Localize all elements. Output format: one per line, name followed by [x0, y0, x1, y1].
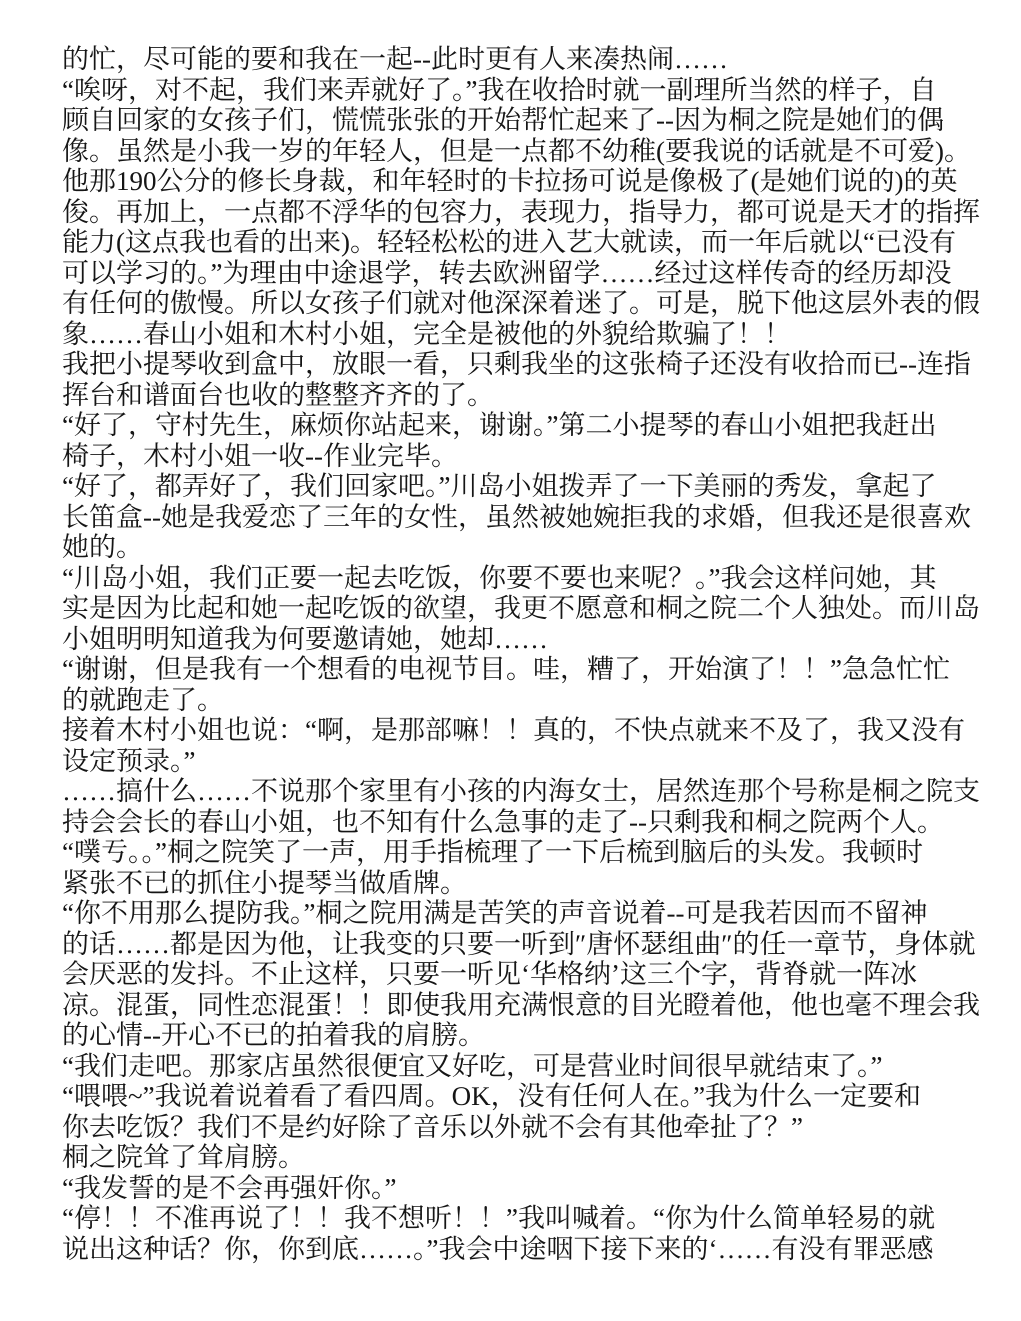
text-line: 她的。	[62, 532, 967, 563]
text-line: “好了，都弄好了，我们回家吧。”川岛小姐拨弄了一下美丽的秀发，拿起了	[62, 471, 967, 502]
text-line: “停！！不准再说了！！我不想听！！”我叫喊着。“你为什么简单轻易的就	[62, 1203, 967, 1234]
text-line: 说出这种话？你，你到底……。”我会中途咽下接下来的‘……有没有罪恶感	[62, 1234, 967, 1265]
text-line: 能力(这点我也看的出来)。轻轻松松的进入艺大就读，而一年后就以“已没有	[62, 227, 967, 258]
text-line: 长笛盒--她是我爱恋了三年的女性，虽然被她婉拒我的求婚，但我还是很喜欢	[62, 502, 967, 533]
text-line: 会厌恶的发抖。不止这样，只要一听见‘华格纳’这三个字，背脊就一阵冰	[62, 959, 967, 990]
text-line: 有任何的傲慢。所以女孩子们就对他深深着迷了。可是，脱下他这层外表的假	[62, 288, 967, 319]
text-line: 俊。再加上，一点都不浮华的包容力，表现力，指导力，都可说是天才的指挥	[62, 197, 967, 228]
text-line: “好了，守村先生，麻烦你站起来，谢谢。”第二小提琴的春山小姐把我赶出	[62, 410, 967, 441]
text-line: “噗亐。。”桐之院笑了一声，用手指梳理了一下后梳到脑后的头发。我顿时	[62, 837, 967, 868]
text-line: “我发誓的是不会再强奸你。”	[62, 1173, 967, 1204]
text-line: 像。虽然是小我一岁的年轻人，但是一点都不幼稚(要我说的话就是不可爱)。	[62, 136, 967, 167]
text-line: 的话……都是因为他，让我变的只要一听到″唐怀瑟组曲″的任一章节，身体就	[62, 929, 967, 960]
text-line: 可以学习的。”为理由中途退学，转去欧洲留学……经过这样传奇的经历却没	[62, 258, 967, 289]
text-line: 桐之院耸了耸肩膀。	[62, 1142, 967, 1173]
text-line: 实是因为比起和她一起吃饭的欲望，我更不愿意和桐之院二个人独处。而川岛	[62, 593, 967, 624]
text-line: 凉。混蛋，同性恋混蛋！！即使我用充满恨意的目光瞪着他，他也毫不理会我	[62, 990, 967, 1021]
text-line: “喂喂~”我说着说着看了看四周。OK，没有任何人在。”我为什么一定要和	[62, 1081, 967, 1112]
text-line: 椅子，木村小姐一收--作业完毕。	[62, 441, 967, 472]
text-line: “你不用那么提防我。”桐之院用满是苦笑的声音说着--可是我若因而不留神	[62, 898, 967, 929]
text-line: 的就跑走了。	[62, 685, 967, 716]
text-line: 的心情--开心不已的拍着我的肩膀。	[62, 1020, 967, 1051]
text-line: “唉呀，对不起，我们来弄就好了。”我在收拾时就一副理所当然的样子，自	[62, 75, 967, 106]
text-line: “我们走吧。那家店虽然很便宜又好吃，可是营业时间很早就结束了。”	[62, 1051, 967, 1082]
text-line: 挥台和谱面台也收的整整齐齐的了。	[62, 380, 967, 411]
text-line: 顾自回家的女孩子们，慌慌张张的开始帮忙起来了--因为桐之院是她们的偶	[62, 105, 967, 136]
text-line: 小姐明明知道我为何要邀请她，她却……	[62, 624, 967, 655]
text-line: 的忙，尽可能的要和我在一起--此时更有人来凑热闹……	[62, 44, 967, 75]
text-line: 他那190公分的修长身裁，和年轻时的卡拉扬可说是像极了(是她们说的)的英	[62, 166, 967, 197]
text-line: 紧张不已的抓住小提琴当做盾牌。	[62, 868, 967, 899]
text-line: 象……春山小姐和木村小姐，完全是被他的外貌给欺骗了！！	[62, 319, 967, 350]
text-line: 我把小提琴收到盒中，放眼一看，只剩我坐的这张椅子还没有收拾而已--连指	[62, 349, 967, 380]
text-line: “川岛小姐，我们正要一起去吃饭，你要不要也来呢？。”我会这样问她，其	[62, 563, 967, 594]
text-line: ……搞什么……不说那个家里有小孩的内海女士，居然连那个号称是桐之院支	[62, 776, 967, 807]
text-line: 接着木村小姐也说：“啊，是那部嘛！！真的，不快点就来不及了，我又没有	[62, 715, 967, 746]
body-text: 的忙，尽可能的要和我在一起--此时更有人来凑热闹……“唉呀，对不起，我们来弄就好…	[62, 44, 967, 1264]
text-line: 你去吃饭？我们不是约好除了音乐以外就不会有其他牵扯了？”	[62, 1112, 967, 1143]
document-page: 的忙，尽可能的要和我在一起--此时更有人来凑热闹……“唉呀，对不起，我们来弄就好…	[0, 0, 1021, 1321]
text-line: 设定预录。”	[62, 746, 967, 777]
text-line: “谢谢，但是我有一个想看的电视节目。哇，糟了，开始演了！！”急急忙忙	[62, 654, 967, 685]
text-line: 持会会长的春山小姐，也不知有什么急事的走了--只剩我和桐之院两个人。	[62, 807, 967, 838]
